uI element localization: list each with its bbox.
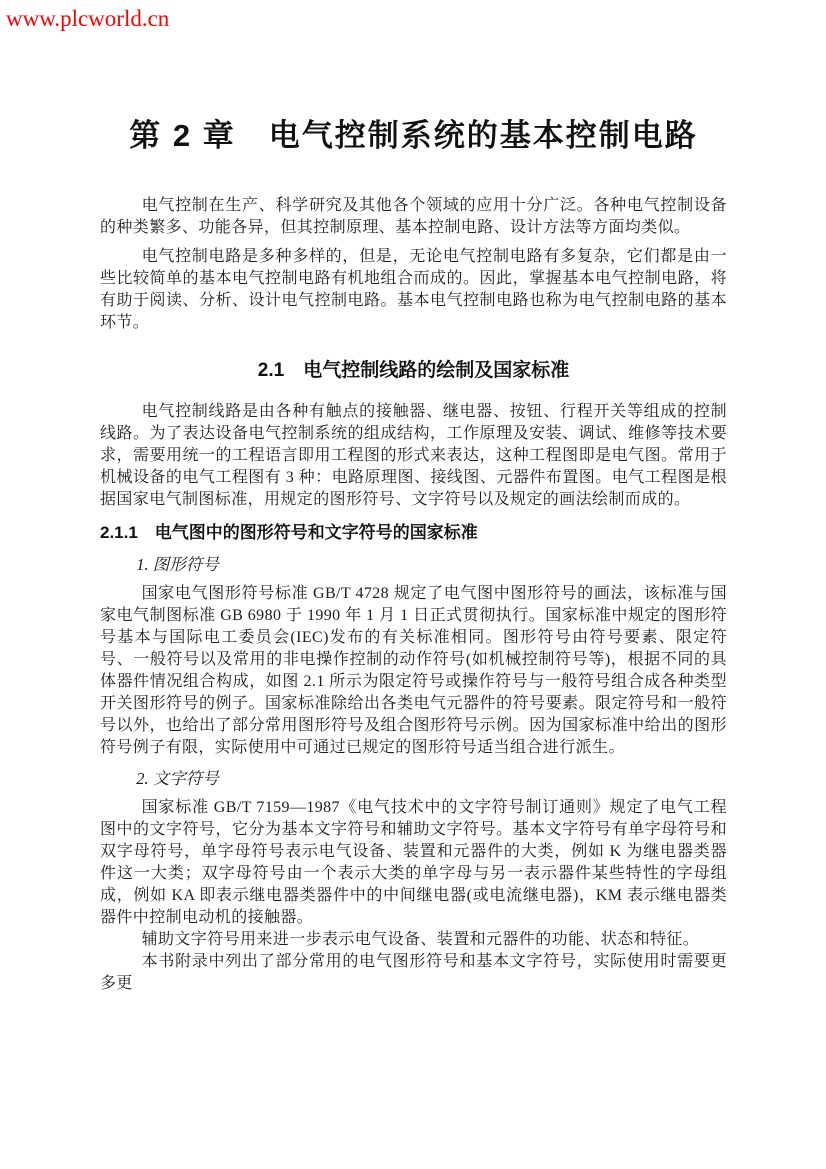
chapter-title: 第 2 章 电气控制系统的基本控制电路	[100, 116, 727, 156]
body-paragraph: 辅助文字符号用来进一步表示电气设备、装置和元器件的功能、状态和特征。	[100, 929, 727, 951]
scanned-book-page: www.plcworld.cn 第 2 章 电气控制系统的基本控制电路 电气控制…	[0, 0, 826, 1169]
intro-paragraph: 电气控制在生产、科学研究及其他各个领域的应用十分广泛。各种电气控制设备的种类繁多…	[100, 195, 727, 239]
subsection-heading: 2.1.1 电气图中的图形符号和文字符号的国家标准	[100, 521, 727, 545]
section-intro-paragraph: 电气控制线路是由各种有触点的接触器、继电器、按钮、行程开关等组成的控制线路。为了…	[100, 401, 727, 511]
page-content: 第 2 章 电气控制系统的基本控制电路 电气控制在生产、科学研究及其他各个领域的…	[100, 0, 727, 995]
numbered-item-heading: 1. 图形符号	[100, 554, 727, 576]
body-paragraph: 国家电气图形符号标准 GB/T 4728 规定了电气图中图形符号的画法，该标准与…	[100, 583, 727, 759]
intro-paragraph: 电气控制电路是多种多样的，但是，无论电气控制电路有多复杂，它们都是由一些比较简单…	[100, 246, 727, 334]
section-heading: 2.1 电气控制线路的绘制及国家标准	[100, 358, 727, 384]
body-paragraph: 本书附录中列出了部分常用的电气图形符号和基本文字符号，实际使用时需要更多更	[100, 951, 727, 995]
numbered-item-heading: 2. 文字符号	[100, 768, 727, 790]
body-paragraph: 国家标准 GB/T 7159—1987《电气技术中的文字符号制订通则》规定了电气…	[100, 797, 727, 929]
